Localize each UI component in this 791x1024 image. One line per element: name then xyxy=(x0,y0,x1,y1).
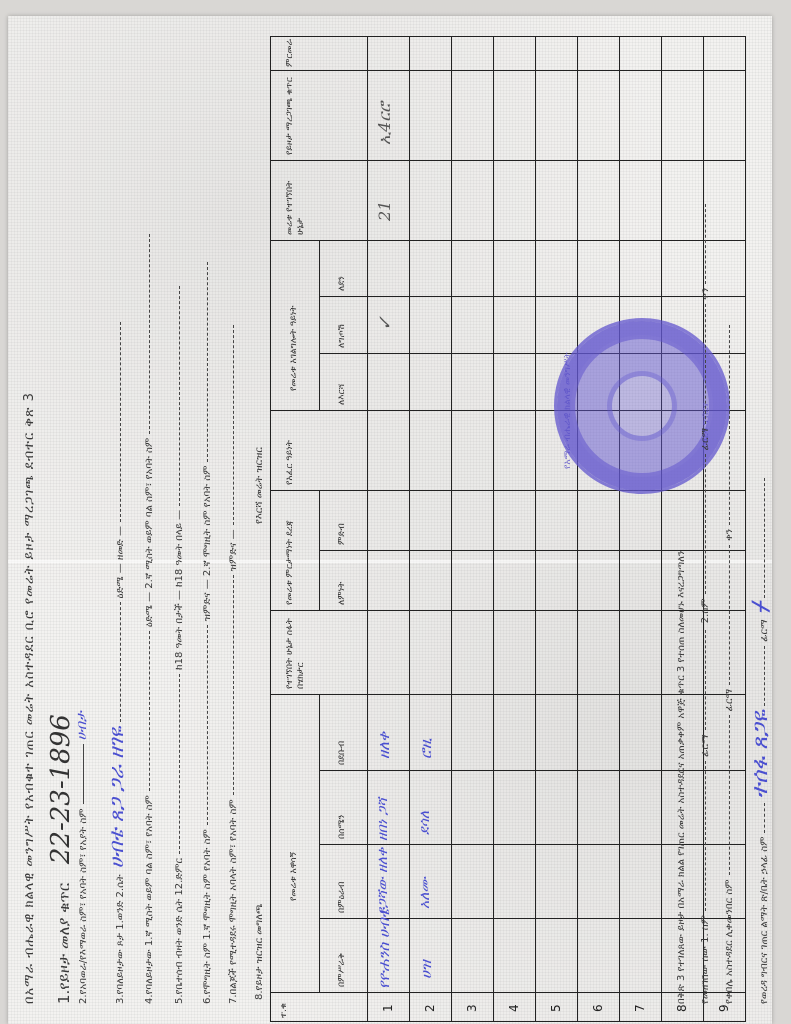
header-south: በደቡብ xyxy=(337,741,348,765)
header-grade: ምድብ xyxy=(337,523,348,545)
field-3-handwritten: ሀብቴ ጸጋ ጋራ ዘገዬ xyxy=(104,726,128,868)
header-area: የተገኘበት ሁኔታ ስፋት በሄክታር xyxy=(285,615,307,689)
field-4: 4.የባለይዞታው 1.ኛ ሚስት ወይም ባል ስም፣ የአባት ስምዕድሜ … xyxy=(144,230,155,1004)
header-acquisition: መሬቱ የተገኘበት ሁኔታ xyxy=(285,165,307,235)
row-number: 6 xyxy=(591,1004,605,1012)
header-east: በምሥራቅ xyxy=(337,953,348,987)
reference-value: 22-23-1896 xyxy=(46,714,76,864)
cell-south: ሮዚ xyxy=(417,738,435,759)
header-fertility: ለምነት xyxy=(337,582,348,605)
field-5: 5.የቤተሰብ ብዛት ወንድ ሴት 12.ድምርከ18 ዓመት በታች — ከ… xyxy=(174,282,185,1004)
row-number: 4 xyxy=(507,1004,521,1012)
header-row-number: ተ.ቁ xyxy=(279,996,290,1018)
row-number: 5 xyxy=(549,1004,563,1012)
row-number: 8 xyxy=(675,1004,689,1012)
rotated-form-content: በአማራ ብሔራዊ ክልላዊ መንግሥት የአብቁተ ገጠር መሬት አስተዳደ… xyxy=(8,16,772,1024)
section-label-farmland: የእርሻ መሬት ዝርዝር xyxy=(254,447,265,524)
header-productivity: የመሬቱ ምርታማነት ደረጃ xyxy=(285,495,296,605)
signature-scribble: ᚋ xyxy=(748,602,773,613)
stamp-emblem-icon xyxy=(607,371,677,441)
row-number: 7 xyxy=(633,1004,647,1012)
header-land-use: የመሬቱ አገልግሎት ዓይነት xyxy=(289,306,300,391)
header-west: በምዕራብ xyxy=(337,882,348,913)
signature-line-1: የመዘገበው ሰው 1. ስምፊርማ 2.ስምፊርማቀን xyxy=(700,200,711,1004)
cell-source: 21 xyxy=(375,201,394,221)
field-3: 3.የባለይዞታው ጾታ 1.ወንድ 2.ሴትሀብቴ ጸጋ ጋራ ዘገዬዕድሜ … xyxy=(104,318,128,1004)
stamp-text: የአማራ ብሔራዊ ክልላዊ መንግሥት xyxy=(563,352,573,469)
reference-label: 1.የይዞታ መለያ ቁጥር xyxy=(55,883,73,1004)
row-number: 1 xyxy=(381,1004,395,1012)
reference-number-row: 1.የይዞታ መለያ ቁጥር 22-23-1896 xyxy=(46,714,76,1004)
cell-south: ዘለቀ xyxy=(375,732,393,759)
row-number: 2 xyxy=(423,1004,437,1012)
row-number: 9 xyxy=(717,1004,731,1012)
header-cert-number: የይዞታ ማረጋገጫ ቁጥር xyxy=(285,75,296,155)
cell-west: የጋሻው ዘለቀ xyxy=(375,848,391,915)
cell-north: ዘበነ ጋሻ xyxy=(375,798,391,841)
land-parcel-table: ተ.ቁ የመሬቱ አዋሳኝ በምሥራቅ በምዕራብ በሰሜን በደቡብ የተገኘ… xyxy=(270,36,746,1022)
footer-note: በቅጽ 3 የተገለጸው ይዞታ በአማራ ክልል የገጠር መሬት አስተዳደ… xyxy=(676,551,687,1004)
header-remark: ምርመራ xyxy=(285,37,296,67)
field-6: 6.የሞግዚት ስም 1.ኛ ሞግዚት ስም የአባት ስምዝምድና — 2.ኛ… xyxy=(202,258,213,1004)
official-name-handwritten: ተሰፋ ጸጋዬ xyxy=(748,710,773,799)
form-title: በአማራ ብሔራዊ ክልላዊ መንግሥት የአብቁተ ገጠር መሬት አስተዳደ… xyxy=(22,392,37,1004)
field-2: 2.የአባወራ/የእማወራ ስም፣ የአባት ስም፣ የአያት ስምሀብታ xyxy=(74,711,90,1004)
cell-north: ደሳለ xyxy=(417,811,433,835)
header-boundaries: የመሬቱ አዋሳኝ xyxy=(289,852,300,901)
cell-west: አለሙ xyxy=(417,877,433,909)
cell-usage-check: ✓ xyxy=(375,316,396,331)
cell-east: የዮሐንስ ሀብቴ xyxy=(375,908,393,989)
cell-cert: ኢ4ርሮ xyxy=(375,102,395,145)
signature-line-2: የቀበሌ አስተዳደር ሊቀመንበር ስምፊርማቀን xyxy=(724,321,735,1004)
field-2-handwritten: ሀብታ xyxy=(74,711,90,740)
field-8: 8.የይዞታ ዝርዝር መግለጫ xyxy=(254,904,265,1000)
signature-line-3: የወረዳ ግብርና ገጠር ልማት ጽ/ቤት ኃላፊ ስምተሰፋ ጸጋዬፊርማᚋ xyxy=(748,474,773,1004)
header-soil-type: የአፈር ዓይነት xyxy=(285,415,296,485)
header-north: በሰሜን xyxy=(337,815,348,839)
row-number: 3 xyxy=(465,1004,479,1012)
header-grazing: ለግጦሽ xyxy=(337,324,348,348)
header-farming: ለእርሻ xyxy=(337,384,348,405)
cell-east: ሀዝ xyxy=(417,960,435,979)
header-forest: ለደን xyxy=(337,276,348,291)
field-7: 7.በልጆች የሚተዳደሩ ሞግዚት አባላት ስም፣ የአባት ስምዝምድና … xyxy=(228,321,239,1004)
